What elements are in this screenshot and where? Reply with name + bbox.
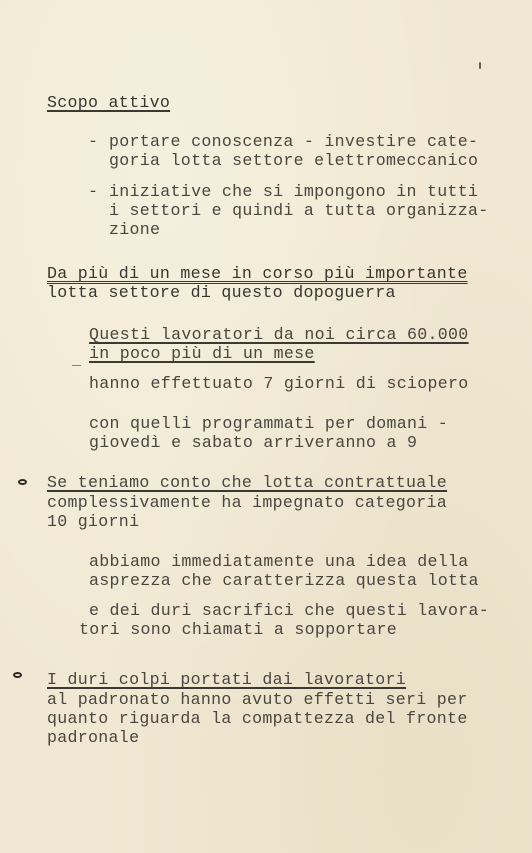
section-2-line-2: complessivamente ha impegnato categoria bbox=[47, 493, 447, 512]
bullet-2-line-1: iniziative che si impongono in tutti bbox=[109, 182, 478, 201]
section-1-line-2: lotta settore di questo dopoguerra bbox=[47, 283, 396, 302]
section-1-line-1: Da più di un mese in corso più important… bbox=[47, 264, 468, 283]
section-2-sub-b-1: e dei duri sacrifici che questi lavora- bbox=[89, 601, 489, 620]
section-1-sub-program-1: con quelli programmati per domani - bbox=[89, 414, 448, 433]
section-2-sub-b-2: tori sono chiamati a sopportare bbox=[79, 620, 397, 639]
section-2-sub-a-1: abbiamo immediatamente una idea della bbox=[89, 552, 469, 571]
section-2-line-1: Se teniamo conto che lotta contrattuale bbox=[47, 473, 447, 492]
bullet-marker: - bbox=[88, 182, 98, 201]
section-1-sub-underlined-2: in poco più di un mese bbox=[89, 344, 315, 363]
section-1-sub-strike-days: hanno effettuato 7 giorni di sciopero bbox=[89, 374, 469, 393]
section-3-line-3: quanto riguarda la compattezza del front… bbox=[47, 709, 468, 728]
section-1-sub-program-2: giovedì e sabato arriveranno a 9 bbox=[89, 433, 417, 452]
heading-scopo-attivo: Scopo attivo bbox=[47, 93, 170, 112]
bullet-marker: - bbox=[88, 132, 98, 151]
bullet-2-line-3: zione bbox=[109, 220, 160, 239]
ink-speck bbox=[479, 62, 481, 69]
bullet-1-line-2: goria lotta settore elettromeccanico bbox=[109, 151, 478, 170]
section-3-line-4: padronale bbox=[47, 728, 139, 747]
typewritten-page: Scopo attivo - portare conoscenza - inve… bbox=[0, 0, 532, 853]
section-3-line-1: I duri colpi portati dai lavoratori bbox=[47, 670, 406, 689]
margin-circle-mark bbox=[18, 479, 27, 485]
margin-dash bbox=[72, 365, 81, 366]
margin-circle-mark bbox=[13, 672, 22, 678]
section-2-sub-a-2: asprezza che caratterizza questa lotta bbox=[89, 571, 479, 590]
section-2-line-3: 10 giorni bbox=[47, 512, 139, 531]
bullet-2-line-2: i settori e quindi a tutta organizza- bbox=[109, 201, 489, 220]
section-1-sub-underlined-1: Questi lavoratori da noi circa 60.000 bbox=[89, 325, 469, 344]
bullet-1-line-1: portare conoscenza - investire cate- bbox=[109, 132, 478, 151]
section-3-line-2: al padronato hanno avuto effetti seri pe… bbox=[47, 690, 468, 709]
